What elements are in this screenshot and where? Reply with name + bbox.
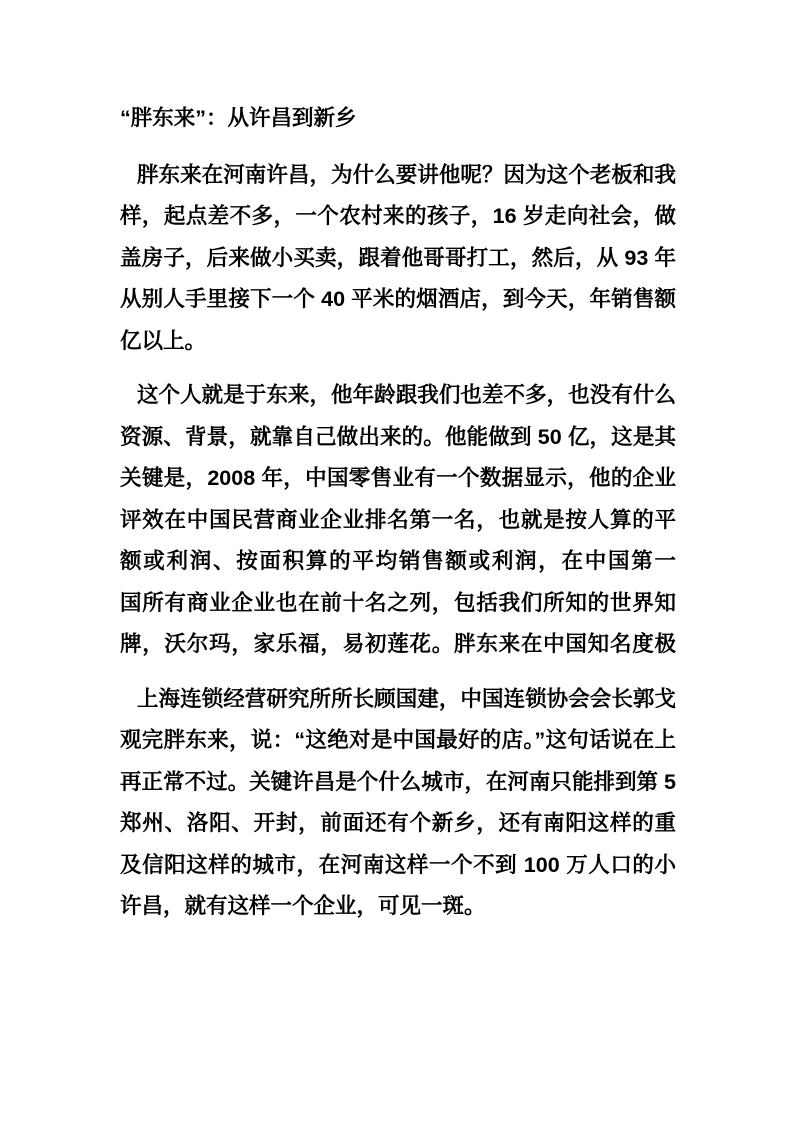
text-line: 额或利润、按面积算的平均销售额或利润，在中国第一名，在中: [120, 541, 676, 583]
paragraph: 上海连锁经营研究所所长顾国建，中国连锁协会会长郭戈平参观完胖东来，说：“这绝对是…: [120, 679, 676, 928]
text-line: 样，起点差不多，一个农村来的孩子，16 岁走向社会，做民工，: [120, 196, 676, 238]
text-line: 观完胖东来，说：“这绝对是中国最好的店。”这句话说在上海，: [120, 720, 676, 762]
text-line: 盖房子，后来做小买卖，跟着他哥哥打工，然后，从 93 年开始，: [120, 238, 676, 280]
text-line: 从别人手里接下一个 40 平米的烟酒店，到今天，年销售额 50: [120, 279, 676, 321]
text-line: 亿以上。: [120, 321, 676, 363]
text-line: 胖东来在河南许昌，为什么要讲他呢？因为这个老板和我们一: [120, 155, 676, 197]
text-line: 许昌，就有这样一个企业，可见一斑。: [120, 886, 676, 928]
text-line: 国所有商业企业也在前十名之列，包括我们所知的世界知名品: [120, 583, 676, 625]
text-line: 关键是，2008 年，中国零售业有一个数据显示，他的企业人效、: [120, 458, 676, 500]
paragraph: 这个人就是于东来，他年龄跟我们也差不多，也没有什么特殊资源、背景，就靠自己做出来…: [120, 375, 676, 666]
text-line: 资源、背景，就靠自己做出来的。他能做到 50 亿，这是其次。: [120, 417, 676, 459]
text-line: 及信阳这样的城市，在河南这样一个不到 100 万人口的小小的: [120, 845, 676, 887]
document-page: “胖东来”：从许昌到新乡 胖东来在河南许昌，为什么要讲他呢？因为这个老板和我们一…: [0, 0, 793, 1122]
text-line: 再正常不过。关键许昌是个什么城市，在河南只能排到第 5 名，: [120, 762, 676, 804]
document-content: “胖东来”：从许昌到新乡 胖东来在河南许昌，为什么要讲他呢？因为这个老板和我们一…: [120, 98, 676, 928]
document-body: 胖东来在河南许昌，为什么要讲他呢？因为这个老板和我们一样，起点差不多，一个农村来…: [120, 155, 676, 928]
paragraph: 胖东来在河南许昌，为什么要讲他呢？因为这个老板和我们一样，起点差不多，一个农村来…: [120, 155, 676, 363]
document-title: “胖东来”：从许昌到新乡: [120, 98, 676, 140]
text-line: 郑州、洛阳、开封，前面还有个新乡，还有南阳这样的重镇，以: [120, 803, 676, 845]
text-line: 上海连锁经营研究所所长顾国建，中国连锁协会会长郭戈平参: [120, 679, 676, 721]
text-line: 评效在中国民营商业企业排名第一名，也就是按人算的平均销售: [120, 500, 676, 542]
text-line: 牌，沃尔玛，家乐福，易初莲花。胖东来在中国知名度极高。: [120, 624, 676, 666]
text-line: 这个人就是于东来，他年龄跟我们也差不多，也没有什么特殊: [120, 375, 676, 417]
